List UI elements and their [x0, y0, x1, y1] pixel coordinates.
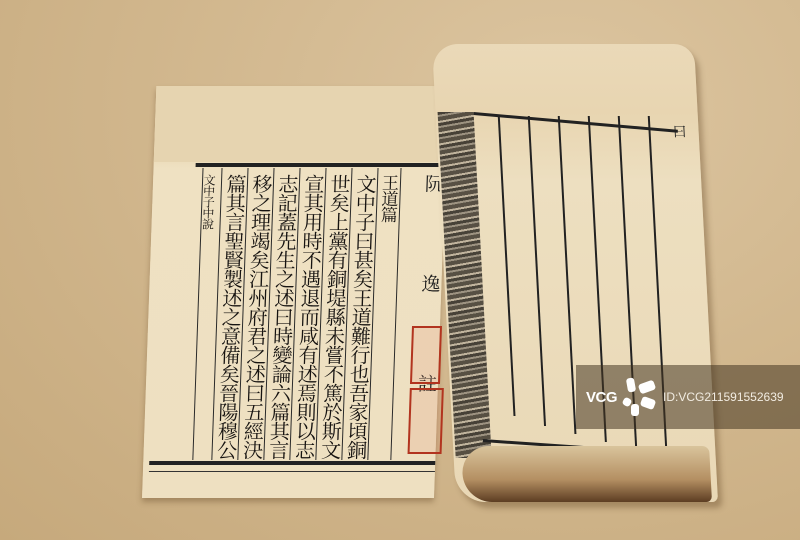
ruled-column-line	[498, 116, 516, 416]
red-seal-stamp-lower	[408, 388, 444, 454]
vcg-burst-icon	[623, 376, 657, 418]
print-frame-top-line	[196, 163, 446, 167]
right-page-glyphs: 曰	[668, 124, 689, 138]
ruled-column-line	[558, 116, 577, 434]
right-book-page-curled: 曰	[432, 44, 718, 502]
ruled-column-line	[528, 116, 546, 426]
print-frame-bottom-line	[149, 461, 435, 465]
vcg-image-id: ID:VCG211591552639	[663, 390, 784, 404]
ink-rubbed-edge	[438, 112, 492, 458]
page-curl	[461, 446, 712, 502]
left-book-page: 阮 逸 註 王道篇 文中子曰甚矣王道難行也吾家頃銅川六 世矣上黨有銅堤縣未嘗不篤…	[142, 86, 448, 498]
printed-text-block: 阮 逸 註 王道篇 文中子曰甚矣王道難行也吾家頃銅川六 世矣上黨有銅堤縣未嘗不篤…	[149, 168, 445, 460]
vcg-logo-text: VCG	[586, 389, 617, 406]
red-seal-stamp-upper	[410, 326, 442, 384]
print-frame-bottom-thin-line	[149, 471, 435, 472]
photo-scene: 阮 逸 註 王道篇 文中子曰甚矣王道難行也吾家頃銅川六 世矣上黨有銅堤縣未嘗不篤…	[0, 0, 800, 540]
vcg-watermark: VCG ID:VCG211591552639	[576, 365, 800, 429]
upper-margin	[154, 86, 449, 162]
glyph: 曰	[670, 124, 687, 138]
annotator-char: 逸	[418, 274, 441, 292]
